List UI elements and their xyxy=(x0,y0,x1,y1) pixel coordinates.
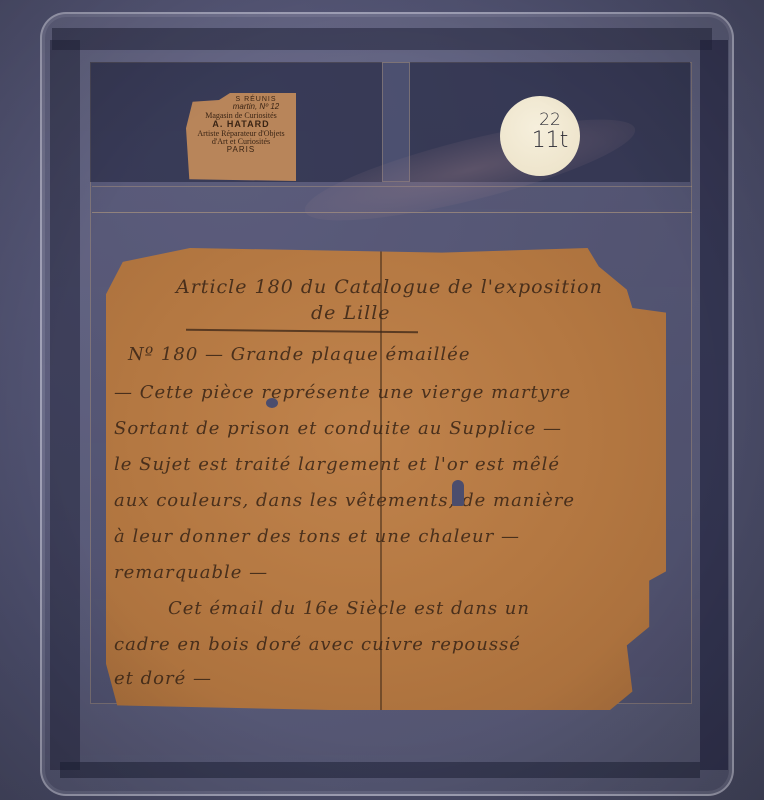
dealer-label: S RÉUNIS martin, Nº 12 Magasin de Curios… xyxy=(186,93,296,181)
manuscript-line: Nº 180 — Grande plaque émaillée xyxy=(128,344,470,365)
manuscript-page: Article 180 du Catalogue de l'exposition… xyxy=(106,248,666,710)
manuscript-line: cadre en bois doré avec cuivre repoussé xyxy=(114,634,521,655)
sleeve-edge-right xyxy=(700,40,728,770)
manuscript-heading: Article 180 du Catalogue de l'exposition xyxy=(176,276,603,298)
paper-hole xyxy=(452,480,464,506)
manuscript-line: Sortant de prison et conduite au Supplic… xyxy=(114,418,562,439)
lot-sticker: 22 11t xyxy=(500,96,580,176)
heading-underline xyxy=(186,329,418,333)
manuscript-line: le Sujet est traité largement et l'or es… xyxy=(114,454,560,475)
sleeve-edge-top xyxy=(52,28,712,50)
manuscript-line: et doré — xyxy=(114,668,212,689)
lot-code: 11t xyxy=(510,128,590,153)
manuscript-heading-line2: de Lille xyxy=(311,302,391,324)
manuscript-line: Cet émail du 16e Siècle est dans un xyxy=(168,598,530,619)
manuscript-line: — Cette pièce représente une vierge mart… xyxy=(114,382,571,403)
lot-number: 22 xyxy=(510,110,590,130)
manuscript-line: remarquable — xyxy=(114,562,268,583)
sleeve-edge-bottom xyxy=(60,762,700,778)
manuscript-line: à leur donner des tons et une chaleur — xyxy=(114,526,520,547)
sleeve-edge-left xyxy=(50,40,80,770)
manuscript-line: aux couleurs, dans les vêtements, de man… xyxy=(114,490,575,511)
label-city: PARIS xyxy=(186,146,296,154)
paper-hole xyxy=(266,398,278,408)
